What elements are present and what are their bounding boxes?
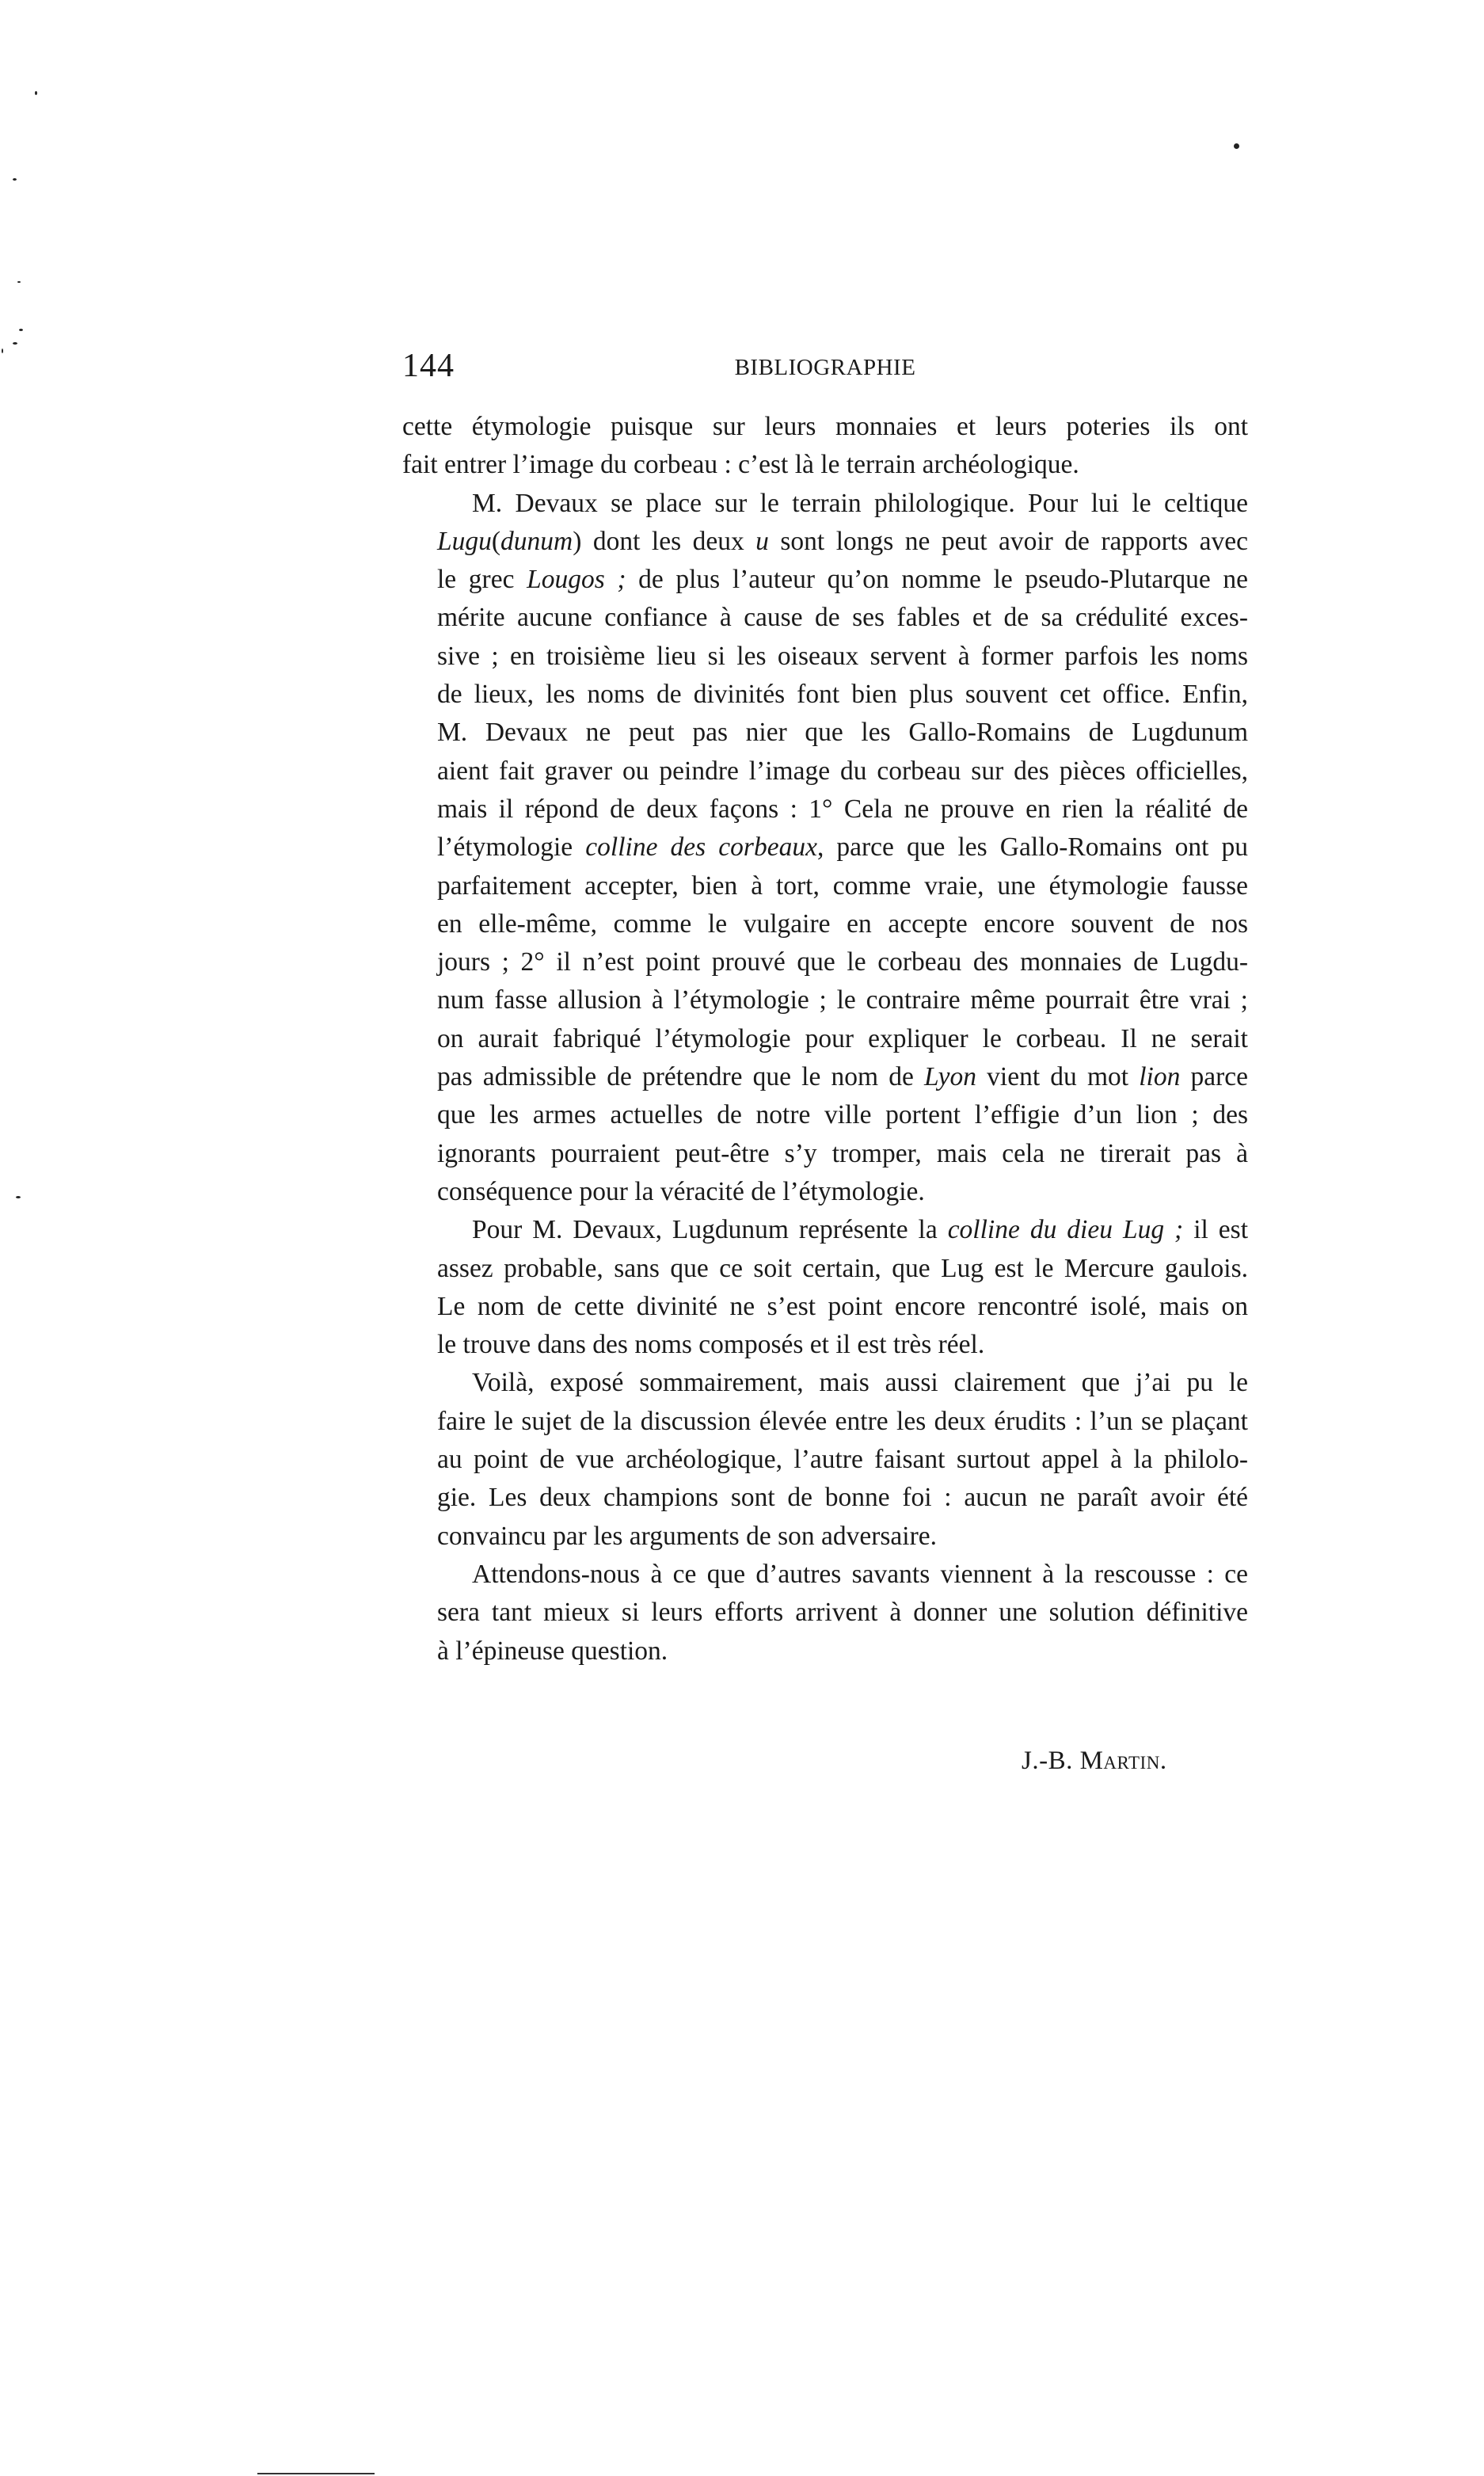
scan-speck (13, 342, 17, 345)
text-run: de plus l’auteur qu’on nomme le pseudo-P… (626, 565, 1248, 594)
paragraph: cette étymologie puisque sur leurs monna… (402, 408, 1248, 485)
text-line: conséquence pour la véracité de l’étymol… (402, 1173, 1248, 1211)
text-line: cette étymologie puisque sur leurs monna… (402, 408, 1248, 446)
text-line: que les armes actuelles de notre ville p… (402, 1096, 1248, 1134)
text-run: que les armes actuelles de notre ville p… (437, 1100, 1248, 1129)
text-run: l’étymologie (437, 832, 585, 862)
text-run: au point de vue archéologique, l’autre f… (437, 1445, 1248, 1474)
scan-speck (1234, 143, 1239, 149)
text-line: le trouve dans des noms composés et il e… (402, 1326, 1248, 1364)
text-run: ( (492, 527, 500, 556)
paragraph: M. Devaux se place sur le terrain philol… (402, 485, 1248, 1212)
scan-speck (17, 281, 21, 283)
text-run: assez probable, sans que ce soit certain… (437, 1254, 1248, 1283)
italic-term: Lugu (437, 527, 492, 556)
scan-speck (2, 349, 3, 353)
text-run: jours ; 2° il n’est point prouvé que le … (437, 947, 1248, 977)
italic-term: colline du dieu Lug ; (948, 1215, 1184, 1244)
text-line: pas admissible de prétendre que le nom d… (402, 1058, 1248, 1096)
text-run: fait entrer l’image du corbeau : c’est l… (402, 450, 1079, 479)
paragraph: Attendons-nous à ce que d’autres savants… (402, 1556, 1248, 1670)
text-run: pas admissible de prétendre que le nom d… (437, 1062, 924, 1091)
italic-term: dunum (500, 527, 573, 556)
text-line: ignorants pourraient peut-être s’y tromp… (402, 1135, 1248, 1173)
scan-speck (35, 91, 37, 95)
text-run: sive ; en troisième lieu si les oiseaux … (437, 642, 1248, 671)
signature-surname: Martin. (1080, 1747, 1167, 1775)
text-run: convaincu par les arguments de son adver… (437, 1522, 937, 1551)
text-line: convaincu par les arguments de son adver… (402, 1518, 1248, 1556)
text-run: M. Devaux ne peut pas nier que les Gallo… (437, 718, 1248, 747)
text-line: faire le sujet de la discussion élevée e… (402, 1403, 1248, 1441)
text-line: Voilà, exposé sommairement, mais aussi c… (402, 1364, 1248, 1402)
text-run: Voilà, exposé sommairement, mais aussi c… (472, 1368, 1248, 1397)
document-page: 144 BIBLIOGRAPHIE cette étymologie puisq… (0, 0, 1484, 2476)
text-run: Attendons-nous à ce que d’autres savants… (472, 1560, 1248, 1589)
text-line: M. Devaux se place sur le terrain philol… (402, 485, 1248, 523)
scan-speck (19, 329, 23, 331)
author-signature: J.-B. Martin. (1022, 1747, 1167, 1776)
text-run: de lieux, les noms de divinités font bie… (437, 680, 1248, 709)
text-line: num fasse allusion à l’étymologie ; le c… (402, 981, 1248, 1019)
text-line: parfaitement accepter, bien à tort, comm… (402, 867, 1248, 905)
scan-speck (13, 178, 17, 181)
text-run: M. Devaux se place sur le terrain philol… (472, 489, 1248, 518)
text-line: Le nom de cette divinité ne s’est point … (402, 1288, 1248, 1326)
text-run: sera tant mieux si leurs efforts arriven… (437, 1598, 1248, 1627)
text-run: sont longs ne peut avoir de rapports ave… (769, 527, 1248, 556)
text-run: parce (1180, 1062, 1248, 1091)
italic-term: colline des corbeaux (585, 832, 817, 862)
text-line: aient fait graver ou peindre l’image du … (402, 752, 1248, 790)
text-run: le grec (437, 565, 527, 594)
text-run: vient du mot (976, 1062, 1139, 1091)
text-line: sive ; en troisième lieu si les oiseaux … (402, 638, 1248, 676)
text-run: faire le sujet de la discussion élevée e… (437, 1407, 1248, 1436)
bottom-edge-rule (257, 2473, 375, 2474)
text-line: de lieux, les noms de divinités font bie… (402, 676, 1248, 714)
body-text: cette étymologie puisque sur leurs monna… (402, 408, 1248, 1670)
text-line: jours ; 2° il n’est point prouvé que le … (402, 943, 1248, 981)
running-head: BIBLIOGRAPHIE (402, 355, 1248, 381)
italic-term: lion (1139, 1062, 1180, 1091)
paragraph: Pour M. Devaux, Lugdunum représente la c… (402, 1211, 1248, 1364)
text-line: Lugu(dunum) dont les deux u sont longs n… (402, 523, 1248, 561)
text-run: conséquence pour la véracité de l’étymol… (437, 1177, 925, 1206)
text-line: le grec Lougos ; de plus l’auteur qu’on … (402, 561, 1248, 599)
text-line: mais il répond de deux façons : 1° Cela … (402, 790, 1248, 829)
text-run: ) dont les deux (573, 527, 755, 556)
text-run: aient fait graver ou peindre l’image du … (437, 756, 1248, 786)
text-run: Pour M. Devaux, Lugdunum représente la (472, 1215, 948, 1244)
page-header: 144 BIBLIOGRAPHIE (402, 347, 1248, 394)
text-line: mérite aucune confiance à cause de ses f… (402, 599, 1248, 637)
text-run: le trouve dans des noms composés et il e… (437, 1330, 984, 1359)
text-run: gie. Les deux champions sont de bonne fo… (437, 1483, 1248, 1512)
text-line: à l’épineuse question. (402, 1632, 1248, 1670)
text-run: à l’épineuse question. (437, 1636, 668, 1666)
paragraph: Voilà, exposé sommairement, mais aussi c… (402, 1364, 1248, 1555)
text-run: Le nom de cette divinité ne s’est point … (437, 1292, 1248, 1321)
text-run: , parce que les Gallo-Romains ont pu (817, 832, 1248, 862)
text-line: en elle-même, comme le vulgaire en accep… (402, 905, 1248, 943)
text-run: mais il répond de deux façons : 1° Cela … (437, 794, 1248, 824)
text-line: gie. Les deux champions sont de bonne fo… (402, 1479, 1248, 1517)
text-run: en elle-même, comme le vulgaire en accep… (437, 909, 1248, 939)
scan-speck (16, 1196, 21, 1198)
text-line: au point de vue archéologique, l’autre f… (402, 1441, 1248, 1479)
text-line: fait entrer l’image du corbeau : c’est l… (402, 446, 1248, 484)
text-line: assez probable, sans que ce soit certain… (402, 1250, 1248, 1288)
text-line: on aurait fabriqué l’étymologie pour exp… (402, 1020, 1248, 1058)
italic-term: Lyon (924, 1062, 976, 1091)
text-line: l’étymologie colline des corbeaux, parce… (402, 829, 1248, 867)
text-run: ignorants pourraient peut-être s’y tromp… (437, 1139, 1248, 1168)
text-line: Attendons-nous à ce que d’autres savants… (402, 1556, 1248, 1594)
text-run: il est (1183, 1215, 1248, 1244)
text-run: parfaitement accepter, bien à tort, comm… (437, 871, 1248, 901)
text-run: num fasse allusion à l’étymologie ; le c… (437, 985, 1248, 1015)
text-line: M. Devaux ne peut pas nier que les Gallo… (402, 714, 1248, 752)
text-run: on aurait fabriqué l’étymologie pour exp… (437, 1024, 1248, 1053)
text-line: sera tant mieux si leurs efforts arriven… (402, 1594, 1248, 1632)
text-line: Pour M. Devaux, Lugdunum représente la c… (402, 1211, 1248, 1249)
italic-term: u (755, 527, 769, 556)
signature-initials: J.-B. (1022, 1747, 1080, 1775)
text-run: mérite aucune confiance à cause de ses f… (437, 603, 1248, 632)
text-run: cette étymologie puisque sur leurs monna… (402, 412, 1248, 441)
italic-term: Lougos ; (527, 565, 626, 594)
